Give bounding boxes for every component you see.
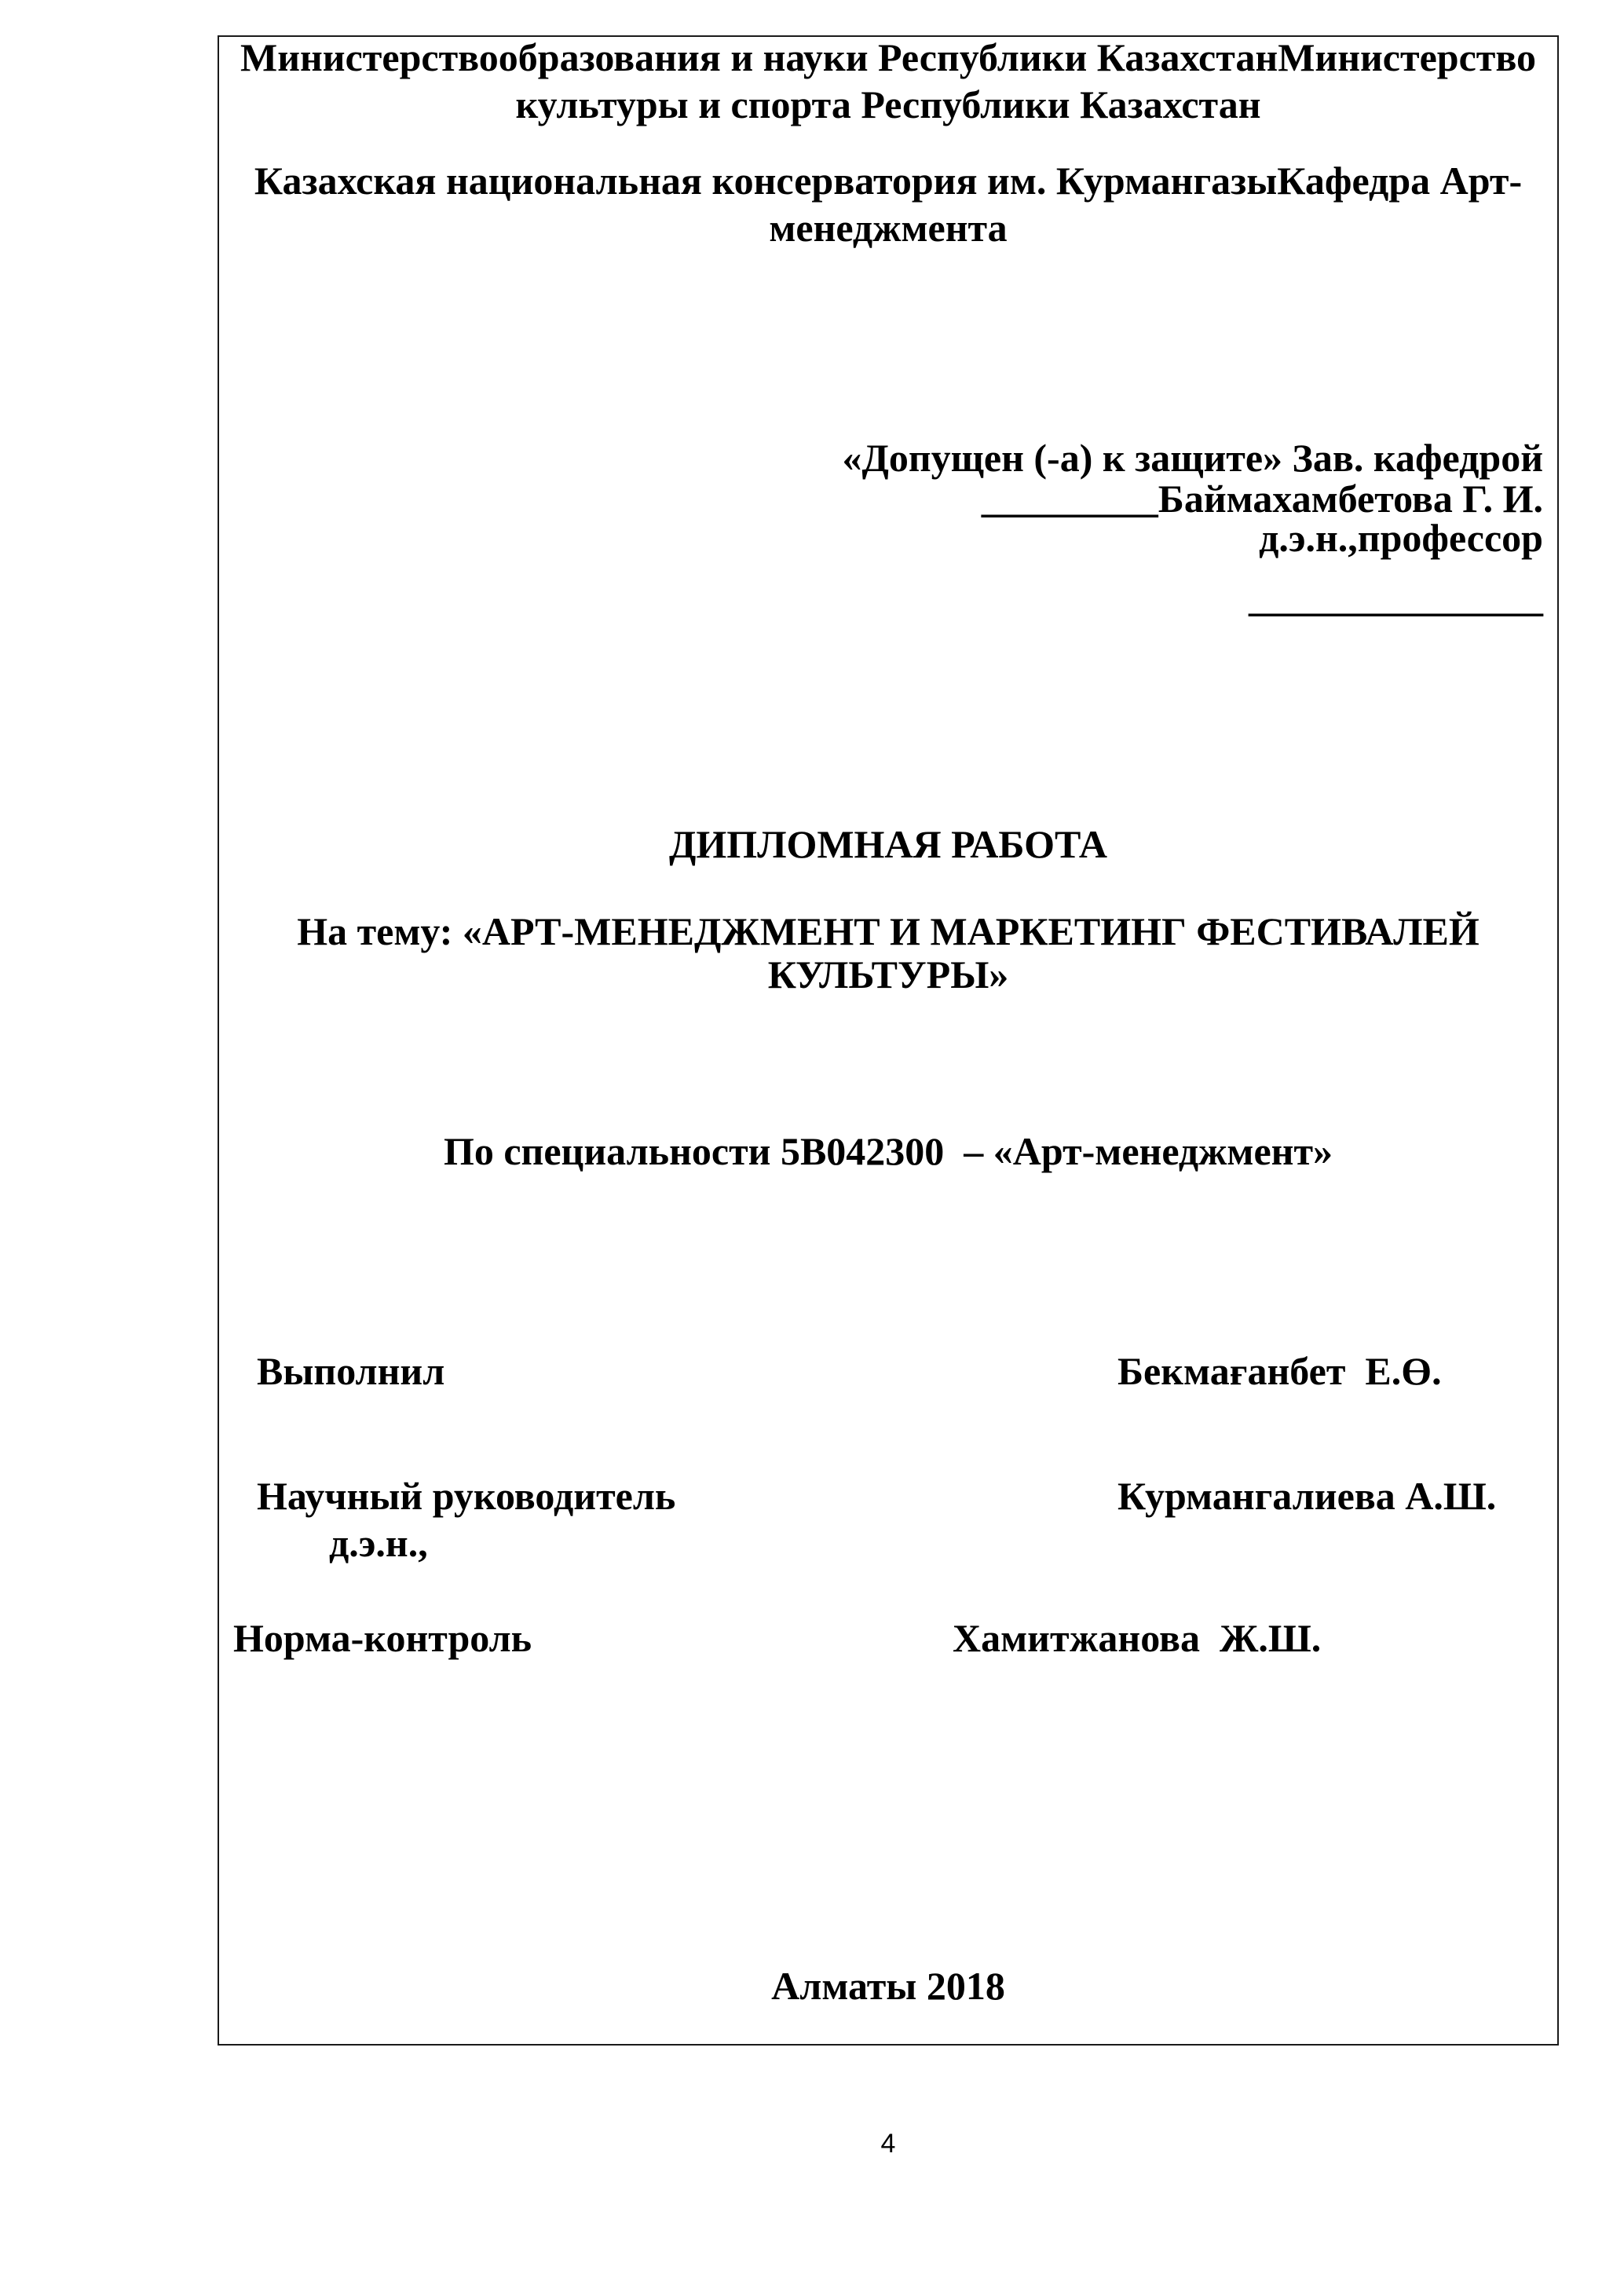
page-number: 4 <box>0 2130 1624 2157</box>
supervisor-name: Курмангалиева А.Ш. <box>1117 1476 1496 1515</box>
date-blank: _______________ <box>1249 578 1543 617</box>
normcontrol-label: Норма-контроль <box>233 1618 532 1658</box>
author-label: Выполнил <box>257 1351 444 1391</box>
approval-admitted-line: «Допущен (-а) к защите» Зав. кафедрой <box>842 438 1543 477</box>
signature-blank: _________ <box>982 477 1158 521</box>
supervisor-label: Научный руководитель <box>257 1476 675 1515</box>
normcontrol-name: Хамитжанова Ж.Ш. <box>953 1618 1321 1658</box>
approval-head-line: _________Баймахамбетова Г. И. <box>982 479 1543 518</box>
head-title: д.э.н.,профессор <box>1259 518 1543 558</box>
institution-line-2: менеджмента <box>218 208 1559 247</box>
ministry-line-1: Министерствообразования и науки Республи… <box>218 38 1559 77</box>
head-name: Баймахамбетова Г. И. <box>1158 477 1543 521</box>
city-year: Алматы 2018 <box>218 1966 1559 2005</box>
institution-line-1: Казахская национальная консерватория им.… <box>218 161 1559 200</box>
topic-line-2: КУЛЬТУРЫ» <box>218 955 1559 994</box>
specialty-line: По специальности 5В042300 – «Арт-менеджм… <box>218 1132 1559 1171</box>
author-name: Бекмағанбет Е.Ө. <box>1117 1351 1442 1391</box>
ministry-line-2: культуры и спорта Республики Казахстан <box>218 85 1559 124</box>
work-type-heading: ДИПЛОМНАЯ РАБОТА <box>218 824 1559 864</box>
supervisor-degree: д.э.н., <box>329 1523 428 1563</box>
title-page-frame <box>218 35 1559 2046</box>
topic-line-1: На тему: «АРТ-МЕНЕДЖМЕНТ И МАРКЕТИНГ ФЕС… <box>218 912 1559 951</box>
